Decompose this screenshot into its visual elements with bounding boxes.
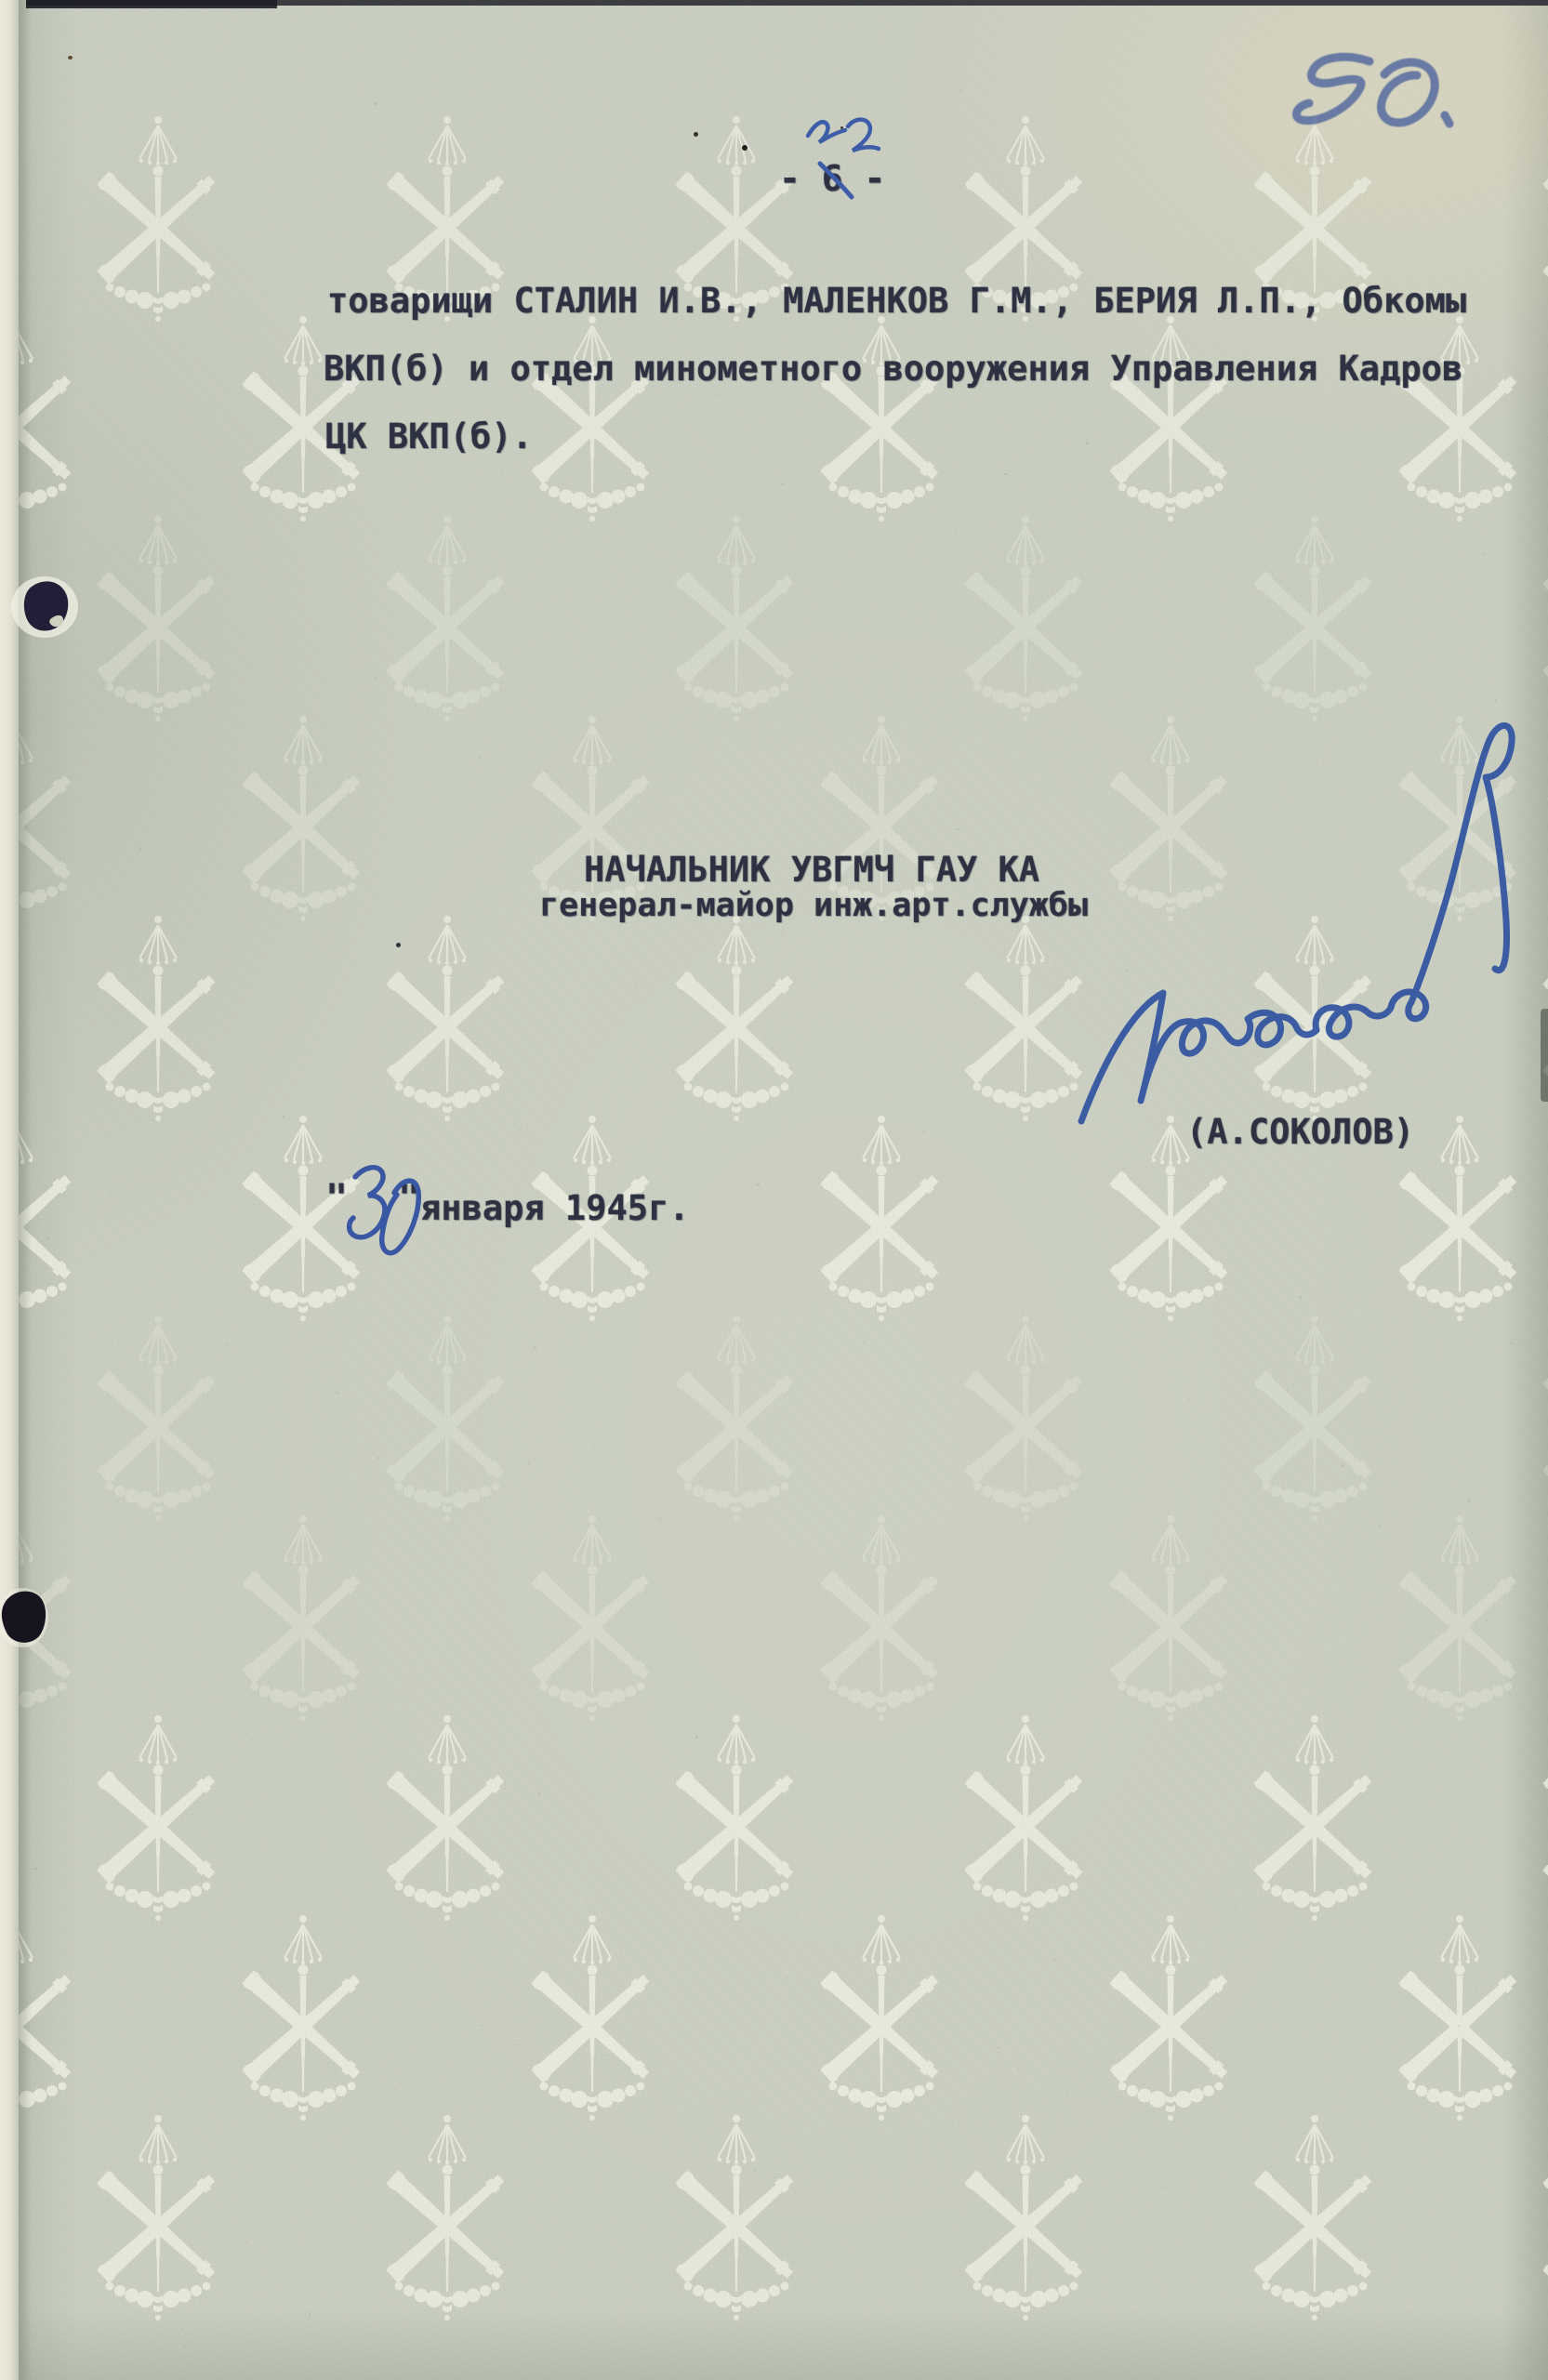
grain-dot: [1529, 1366, 1530, 1367]
page-fold-shadow: [19, 0, 32, 2380]
grain-dot: [1166, 510, 1167, 511]
grain-dot: [1099, 1314, 1101, 1316]
grain-dot: [839, 1244, 840, 1245]
grain-dot: [1194, 1325, 1195, 1326]
grain-dot: [735, 499, 737, 501]
grain-dot: [602, 2275, 602, 2276]
grain-dot: [46, 1237, 49, 1240]
grain-dot: [456, 347, 457, 348]
grain-dot: [514, 2044, 517, 2047]
grain-dot: [1342, 1464, 1344, 1467]
grain-dot: [715, 393, 716, 394]
grain-dot: [233, 1554, 234, 1554]
grain-dot: [484, 103, 486, 105]
grain-dot: [757, 1183, 759, 1185]
grain-dot: [34, 1868, 36, 1870]
grain-dot: [828, 96, 830, 98]
grain-dot: [336, 1392, 338, 1395]
grain-dot: [1330, 1677, 1330, 1678]
grain-dot: [1080, 1508, 1081, 1509]
grain-dot: [959, 527, 960, 529]
grain-dot: [1264, 640, 1265, 641]
grain-dot: [1494, 579, 1496, 581]
grain-dot: [1467, 1500, 1470, 1502]
grain-dot: [177, 1397, 179, 1399]
grain-dot: [1151, 1697, 1153, 1699]
grain-dot: [658, 1516, 661, 1519]
grain-dot: [152, 425, 153, 427]
speck: [396, 943, 401, 947]
grain-dot: [636, 988, 638, 990]
grain-dot: [875, 1393, 877, 1395]
grain-dot: [1343, 1800, 1345, 1803]
grain-dot: [206, 75, 208, 77]
grain-dot: [435, 1684, 437, 1686]
grain-dot: [374, 677, 377, 680]
grain-dot: [144, 774, 145, 775]
grain-dot: [1265, 406, 1266, 407]
grain-dot: [193, 284, 196, 286]
grain-dot: [703, 36, 705, 38]
signer-title-line-1: НАЧАЛЬНИК УВГМЧ ГАУ КА: [584, 850, 1039, 890]
grain-dot: [1420, 1612, 1421, 1613]
grain-dot: [498, 910, 500, 912]
grain-dot: [1054, 434, 1057, 437]
grain-dot: [609, 181, 611, 183]
grain-dot: [1017, 1667, 1018, 1668]
grain-dot: [1138, 1226, 1140, 1228]
ink-blot: [0, 1580, 60, 1659]
grain-dot: [774, 2176, 775, 2178]
grain-dot: [1506, 1858, 1509, 1860]
grain-dot: [877, 1561, 879, 1563]
grain-dot: [749, 2305, 752, 2307]
grain-dot: [797, 1913, 799, 1915]
grain-dot: [1279, 1366, 1281, 1368]
grain-dot: [651, 1285, 652, 1286]
grain-dot: [534, 1347, 536, 1350]
pen-strike-over-page-number: [811, 147, 867, 208]
grain-dot: [1164, 2187, 1167, 2189]
grain-dot: [1287, 1389, 1289, 1391]
grain-dot: [360, 1527, 361, 1527]
grain-dot: [538, 1792, 541, 1795]
grain-dot: [1037, 1689, 1039, 1691]
grain-dot: [511, 1137, 513, 1139]
grain-dot: [957, 1937, 959, 1939]
grain-dot: [344, 869, 347, 872]
grain-dot: [1417, 2271, 1419, 2273]
grain-dot: [723, 407, 724, 408]
grain-dot: [88, 253, 90, 255]
grain-dot: [417, 1288, 417, 1289]
grain-dot: [1299, 455, 1301, 456]
grain-dot: [293, 748, 296, 751]
grain-dot: [600, 1425, 602, 1427]
speck: [694, 132, 698, 137]
grain-dot: [184, 2345, 186, 2347]
grain-dot: [1188, 1398, 1191, 1401]
signer-name: (А.СОКОЛОВ): [1186, 1112, 1414, 1152]
grain-dot: [950, 343, 951, 344]
grain-dot: [1458, 2025, 1460, 2027]
grain-dot: [936, 1642, 937, 1643]
grain-dot: [274, 59, 276, 61]
grain-dot: [923, 1131, 925, 1133]
grain-dot: [1036, 774, 1039, 777]
grain-dot: [1004, 473, 1007, 476]
grain-dot: [375, 102, 377, 105]
grain-dot: [223, 1870, 225, 1871]
grain-dot: [430, 667, 432, 668]
grain-dot: [124, 1434, 125, 1435]
speck: [68, 56, 73, 59]
grain-dot: [870, 748, 872, 750]
grain-dot: [889, 1048, 891, 1050]
grain-dot: [886, 1673, 887, 1673]
grain-dot: [957, 828, 959, 830]
grain-dot: [783, 1251, 785, 1253]
grain-dot: [1379, 1525, 1381, 1527]
grain-dot: [1299, 1296, 1302, 1299]
grain-dot: [440, 148, 442, 150]
grain-dot: [598, 1846, 600, 1848]
scan-edge-right-mark: [1541, 1009, 1548, 1102]
grain-dot: [1086, 442, 1089, 444]
grain-dot: [1255, 1432, 1257, 1434]
grain-dot: [829, 1758, 832, 1761]
grain-dot: [526, 820, 528, 822]
grain-dot: [423, 638, 426, 641]
grain-dot: [781, 931, 783, 932]
grain-dot: [286, 1704, 288, 1706]
grain-dot: [196, 2304, 198, 2306]
grain-dot: [193, 1554, 194, 1555]
grain-dot: [1482, 553, 1484, 555]
grain-dot: [494, 102, 496, 105]
grain-dot: [362, 842, 363, 843]
grain-dot: [1353, 410, 1355, 412]
grain-dot: [1457, 1514, 1459, 1516]
grain-dot: [587, 2207, 589, 2209]
grain-dot: [49, 1266, 50, 1267]
grain-dot: [250, 1739, 252, 1740]
grain-dot: [1487, 1620, 1488, 1621]
grain-dot: [1053, 1959, 1056, 1962]
grain-dot: [1510, 1342, 1512, 1344]
grain-dot: [242, 549, 244, 551]
typed-line: товарищи СТАЛИН И.В., МАЛЕНКОВ Г.М., БЕР…: [327, 281, 1466, 321]
grain-dot: [800, 1354, 801, 1355]
grain-dot: [412, 1453, 413, 1454]
grain-dot: [1526, 1197, 1528, 1199]
grain-dot: [874, 443, 876, 445]
grain-dot: [559, 872, 560, 873]
grain-dot: [133, 2257, 135, 2259]
grain-dot: [174, 442, 176, 443]
ink-blot: [5, 565, 90, 651]
grain-dot: [560, 497, 562, 500]
grain-dot: [283, 1116, 284, 1117]
grain-dot: [649, 2312, 650, 2313]
typed-date: января 1945г.: [420, 1188, 690, 1228]
grain-dot: [320, 1976, 323, 1978]
grain-dot: [1409, 2134, 1410, 2135]
grain-dot: [501, 472, 502, 473]
grain-dot: [192, 734, 192, 734]
grain-dot: [1241, 1470, 1243, 1472]
grain-dot: [786, 1970, 788, 1973]
grain-dot: [1464, 1818, 1465, 1818]
grain-dot: [1038, 1627, 1039, 1628]
grain-dot: [120, 969, 122, 971]
grain-dot: [1329, 392, 1331, 395]
grain-dot: [407, 2018, 409, 2020]
grain-dot: [138, 1448, 139, 1449]
grain-dot: [537, 959, 540, 961]
grain-dot: [394, 2082, 396, 2083]
grain-dot: [1368, 232, 1369, 234]
grain-dot: [947, 1063, 949, 1064]
typed-line: ЦК ВКП(б).: [325, 416, 533, 456]
grain-dot: [781, 483, 783, 485]
grain-dot: [1048, 1050, 1051, 1052]
grain-dot: [793, 842, 795, 844]
grain-dot: [281, 609, 283, 611]
grain-dot: [589, 1712, 591, 1713]
grain-dot: [1049, 962, 1052, 965]
grain-dot: [960, 89, 962, 91]
grain-dot: [343, 2004, 345, 2006]
grain-dot: [182, 2328, 184, 2330]
grain-dot: [996, 1326, 999, 1329]
grain-dot: [602, 2054, 604, 2056]
grain-dot: [901, 1421, 903, 1423]
grain-dot: [1284, 574, 1287, 576]
grain-dot: [1240, 1905, 1242, 1907]
grain-dot: [482, 2024, 484, 2027]
grain-dot: [836, 1179, 838, 1181]
grain-dot: [629, 244, 631, 245]
grain-dot: [195, 883, 197, 885]
grain-dot: [1087, 1529, 1089, 1531]
grain-dot: [1028, 1905, 1029, 1906]
grain-dot: [479, 757, 481, 759]
grain-dot: [95, 1644, 97, 1646]
grain-dot: [1200, 535, 1202, 536]
grain-dot: [675, 797, 678, 800]
grain-dot: [363, 2256, 364, 2258]
grain-dot: [750, 1351, 752, 1353]
grain-dot: [227, 1343, 229, 1345]
grain-dot: [297, 1963, 298, 1964]
grain-dot: [960, 501, 962, 503]
grain-dot: [239, 1486, 241, 1487]
grain-dot: [1118, 469, 1119, 470]
grain-dot: [250, 2241, 253, 2244]
grain-dot: [1449, 540, 1451, 542]
scan-edge-top-corner: [26, 0, 277, 8]
scan-edge-left: [0, 0, 19, 2380]
grain-dot: [519, 1129, 522, 1131]
grain-dot: [209, 1352, 211, 1354]
grain-dot: [73, 1782, 74, 1784]
grain-dot: [695, 1736, 698, 1739]
speck: [742, 145, 748, 151]
grain-dot: [528, 1461, 530, 1463]
grain-dot: [1248, 2001, 1250, 2003]
grain-dot: [987, 1150, 988, 1151]
grain-dot: [1488, 1548, 1490, 1550]
grain-dot: [487, 1805, 488, 1806]
grain-dot: [691, 2090, 693, 2092]
grain-dot: [152, 1434, 153, 1435]
grain-dot: [222, 2343, 225, 2346]
grain-dot: [754, 2169, 756, 2171]
grain-dot: [291, 390, 292, 390]
grain-dot: [118, 1342, 120, 1343]
grain-dot: [134, 2206, 136, 2208]
typed-line: ВКП(б) и отдел минометного вооружения Уп…: [324, 349, 1462, 389]
grain-dot: [756, 1362, 757, 1363]
grain-dot: [309, 2312, 311, 2314]
grain-dot: [46, 1441, 46, 1442]
grain-dot: [597, 2154, 600, 2157]
grain-dot: [110, 1194, 112, 1196]
grain-dot: [579, 1899, 581, 1901]
grain-dot: [1012, 2068, 1015, 2070]
signer-title-line-2: генерал-майор инж.арт.службы: [539, 887, 1088, 924]
grain-dot: [205, 1469, 207, 1472]
grain-dot: [998, 2046, 1000, 2049]
grain-dot: [813, 233, 814, 235]
grain-dot: [1198, 1246, 1199, 1247]
grain-dot: [583, 534, 585, 535]
grain-dot: [1403, 1762, 1404, 1763]
grain-dot: [423, 2008, 425, 2010]
grain-dot: [421, 1379, 423, 1381]
grain-dot: [868, 1977, 870, 1978]
grain-dot: [956, 2124, 958, 2126]
grain-dot: [1385, 1411, 1387, 1413]
grain-dot: [625, 1962, 627, 1963]
grain-dot: [1250, 252, 1251, 253]
grain-dot: [104, 1721, 105, 1722]
document-scan: - 6 - товарищи СТАЛИН И.В., МАЛЕНКОВ Г.М…: [0, 0, 1548, 2380]
grain-dot: [157, 1307, 159, 1309]
grain-dot: [431, 1778, 433, 1780]
grain-dot: [500, 1340, 502, 1342]
grain-dot: [373, 1066, 374, 1067]
grain-dot: [357, 2032, 359, 2034]
grain-dot: [1065, 2089, 1068, 2092]
handwritten-day: [335, 1153, 437, 1264]
grain-dot: [504, 1614, 505, 1615]
grain-dot: [436, 651, 438, 653]
grain-dot: [665, 1144, 667, 1146]
grain-dot: [1378, 620, 1379, 621]
grain-dot: [208, 1091, 210, 1092]
grain-dot: [920, 1684, 920, 1685]
grain-dot: [326, 1789, 327, 1790]
grain-dot: [1031, 1510, 1034, 1513]
grain-dot: [1124, 2012, 1126, 2014]
grain-dot: [75, 1728, 78, 1731]
grain-dot: [377, 1457, 378, 1458]
grain-dot: [1068, 1514, 1070, 1515]
grain-dot: [234, 488, 236, 490]
grain-dot: [1478, 1989, 1481, 1991]
grain-dot: [616, 1950, 618, 1951]
grain-dot: [978, 2364, 979, 2365]
grain-dot: [587, 1445, 589, 1448]
grain-dot: [390, 1489, 391, 1491]
grain-dot: [1027, 1341, 1030, 1343]
grain-dot: [504, 1245, 506, 1247]
grain-dot: [1108, 2318, 1109, 2319]
grain-dot: [1314, 1831, 1315, 1831]
grain-dot: [1179, 2184, 1182, 2187]
grain-dot: [330, 809, 333, 812]
grain-dot: [1148, 2243, 1150, 2245]
grain-dot: [1305, 1948, 1307, 1950]
grain-dot: [291, 1317, 293, 1319]
grain-dot: [359, 496, 361, 497]
grain-dot: [1039, 1792, 1040, 1794]
handwritten-signature: [1060, 702, 1534, 1148]
grain-dot: [1463, 2018, 1464, 2019]
grain-dot: [863, 1342, 865, 1344]
grain-dot: [1165, 1417, 1167, 1419]
grain-dot: [1144, 2083, 1145, 2085]
handwritten-archival-number: [1281, 39, 1467, 141]
grain-dot: [1463, 2369, 1464, 2370]
grain-dot: [187, 1892, 188, 1893]
grain-dot: [1078, 82, 1080, 85]
grain-dot: [617, 2005, 620, 2008]
grain-dot: [218, 2097, 219, 2098]
grain-dot: [139, 848, 142, 851]
grain-dot: [1065, 1170, 1066, 1170]
grain-dot: [544, 2129, 546, 2131]
grain-dot: [390, 1731, 391, 1732]
